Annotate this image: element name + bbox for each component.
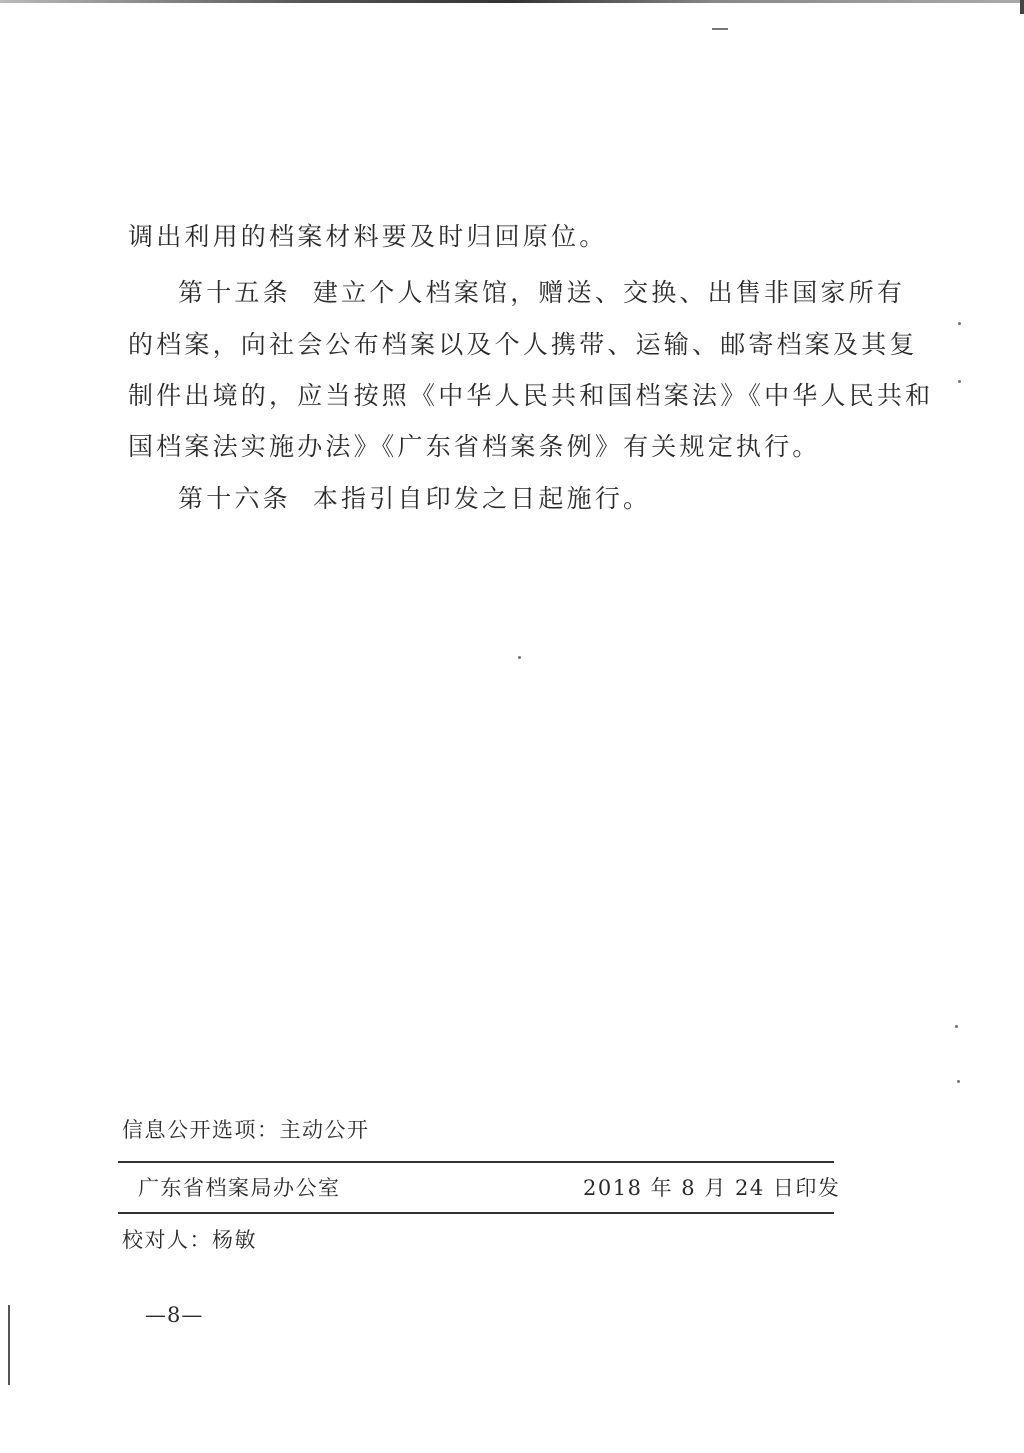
scan-speck	[958, 380, 961, 383]
disclosure-value: 主动公开	[280, 1118, 370, 1142]
paragraph-line: 制件出境的，应当按照《中华人民共和国档案法》《中华人民共和	[128, 381, 933, 411]
scan-speck	[957, 1080, 960, 1083]
document-page: 调出利用的档案材料要及时归回原位。 第十五条建立个人档案馆，赠送、交换、出售非国…	[0, 0, 1024, 1453]
article-label: 第十五条	[178, 278, 291, 307]
disclosure-option: 信息公开选项：主动公开	[122, 1117, 370, 1143]
proofreader: 校对人：杨敏	[122, 1227, 257, 1253]
scan-speck	[955, 1025, 958, 1028]
scan-edge-mark	[1020, 0, 1024, 14]
paragraph-line: 建立个人档案馆，赠送、交换、出售非国家所有	[313, 278, 905, 307]
page-number: —8—	[145, 1303, 203, 1327]
scan-speck	[518, 656, 521, 659]
scan-left-line	[8, 1305, 10, 1385]
article-label: 第十六条	[178, 484, 291, 513]
issue-date: 2018 年 8 月 24 日印发	[583, 1175, 840, 1201]
scan-speck	[958, 322, 961, 325]
scan-edge-strip	[0, 0, 1024, 3]
article-16-line: 第十六条本指引自印发之日起施行。	[178, 484, 651, 514]
paragraph-line: 调出利用的档案材料要及时归回原位。	[128, 222, 607, 252]
paragraph-line: 本指引自印发之日起施行。	[313, 484, 651, 513]
article-15-first-line: 第十五条建立个人档案馆，赠送、交换、出售非国家所有	[178, 278, 905, 308]
disclosure-label: 信息公开选项：	[122, 1118, 280, 1142]
paragraph-line: 国档案法实施办法》《广东省档案条例》有关规定执行。	[128, 432, 821, 462]
paragraph-line: 的档案，向社会公布档案以及个人携带、运输、邮寄档案及其复	[128, 330, 918, 360]
issuer: 广东省档案局办公室	[138, 1175, 341, 1201]
footer-rule-top	[118, 1161, 834, 1163]
footer-rule-bottom	[118, 1212, 834, 1214]
proofreader-label: 校对人：	[122, 1228, 212, 1252]
proofreader-name: 杨敏	[212, 1228, 257, 1252]
scan-speck	[712, 28, 728, 30]
